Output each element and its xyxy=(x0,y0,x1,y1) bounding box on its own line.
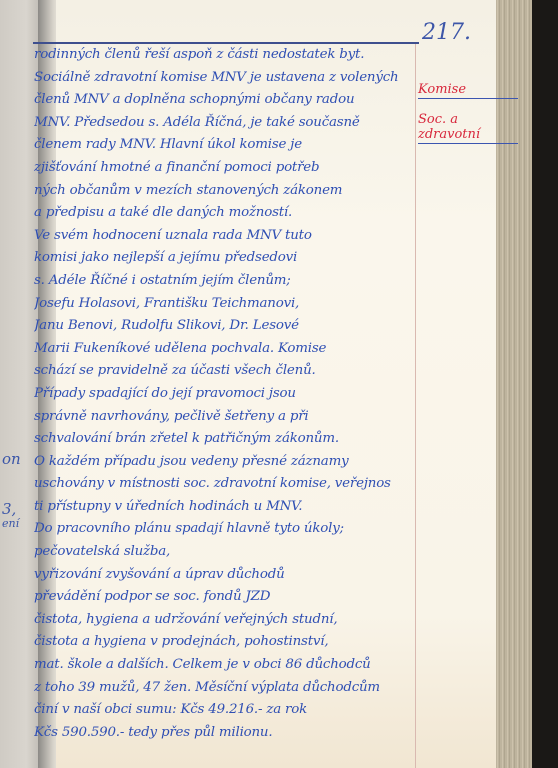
text-line: Do pracovního plánu spadají hlavně tyto … xyxy=(34,518,414,541)
text-line: Janu Benovi, Rudolfu Slikovi, Dr. Lesové xyxy=(34,315,414,338)
text-line: Marii Fukeníkové udělena pochvala. Komis… xyxy=(34,338,414,361)
text-line: mat. škole a dalších. Celkem je v obci 8… xyxy=(34,654,414,677)
text-line: činí v naší obci sumu: Kčs 49.216.- za r… xyxy=(34,699,414,722)
page-number: 217. xyxy=(422,20,471,45)
text-line: komisi jako nejlepší a jejímu předsedovi xyxy=(34,247,414,270)
text-line: rodinných členů řeší aspoň z části nedos… xyxy=(34,44,414,67)
margin-note-komise: Komise xyxy=(418,82,518,99)
text-line: vyřizování zvyšování a úprav důchodů xyxy=(34,564,414,587)
margin-note-soc-zdravotni: Soc. a zdravotní xyxy=(418,112,518,144)
text-line: čistota a hygiena v prodejnách, pohostin… xyxy=(34,631,414,654)
text-line: schvalování brán zřetel k patřičným záko… xyxy=(34,428,414,451)
text-line: O každém případu jsou vedeny přesné zázn… xyxy=(34,451,414,474)
text-line: Ve svém hodnocení uznala rada MNV tuto xyxy=(34,225,414,248)
text-line: členem rady MNV. Hlavní úkol komise je xyxy=(34,134,414,157)
text-line: pečovatelská služba, xyxy=(34,541,414,564)
text-line: zjišťování hmotné a finanční pomoci potř… xyxy=(34,157,414,180)
text-line: Kčs 590.590.- tedy přes půl milionu. xyxy=(34,722,414,745)
text-line: z toho 39 mužů, 47 žen. Měsíční výplata … xyxy=(34,677,414,700)
text-line: schází se pravidelně za účasti všech čle… xyxy=(34,360,414,383)
text-line: Josefu Holasovi, Františku Teichmanovi, xyxy=(34,293,414,316)
text-line: s. Adéle Říčné i ostatním jejím členům; xyxy=(34,270,414,293)
text-line: MNV. Předsedou s. Adéla Říčná, je také s… xyxy=(34,112,414,135)
text-line: a předpisu a také dle daných možností. xyxy=(34,202,414,225)
text-line: převádění podpor se soc. fondů JZD xyxy=(34,586,414,609)
text-line: uschovány v místnosti soc. zdravotní kom… xyxy=(34,473,414,496)
text-line: ti přístupny v úředních hodinách u MNV. xyxy=(34,496,414,519)
left-page-fragment: on xyxy=(2,452,21,467)
left-page-fragment: 3, xyxy=(2,502,16,517)
text-line: správně navrhovány, pečlivě šetřeny a př… xyxy=(34,406,414,429)
text-line: Případy spadající do její pravomoci jsou xyxy=(34,383,414,406)
text-line: Sociálně zdravotní komise MNV je ustaven… xyxy=(34,67,414,90)
text-line: členů MNV a doplněna schopnými občany ra… xyxy=(34,89,414,112)
handwritten-text: rodinných členů řeší aspoň z části nedos… xyxy=(34,44,414,744)
text-line: ných občanům v mezích stanovených zákone… xyxy=(34,180,414,203)
margin-rule-line xyxy=(415,44,416,768)
left-page-fragment: ení xyxy=(2,516,19,531)
book-cover-shadow xyxy=(532,0,558,768)
text-line: čistota, hygiena a udržování veřejných s… xyxy=(34,609,414,632)
